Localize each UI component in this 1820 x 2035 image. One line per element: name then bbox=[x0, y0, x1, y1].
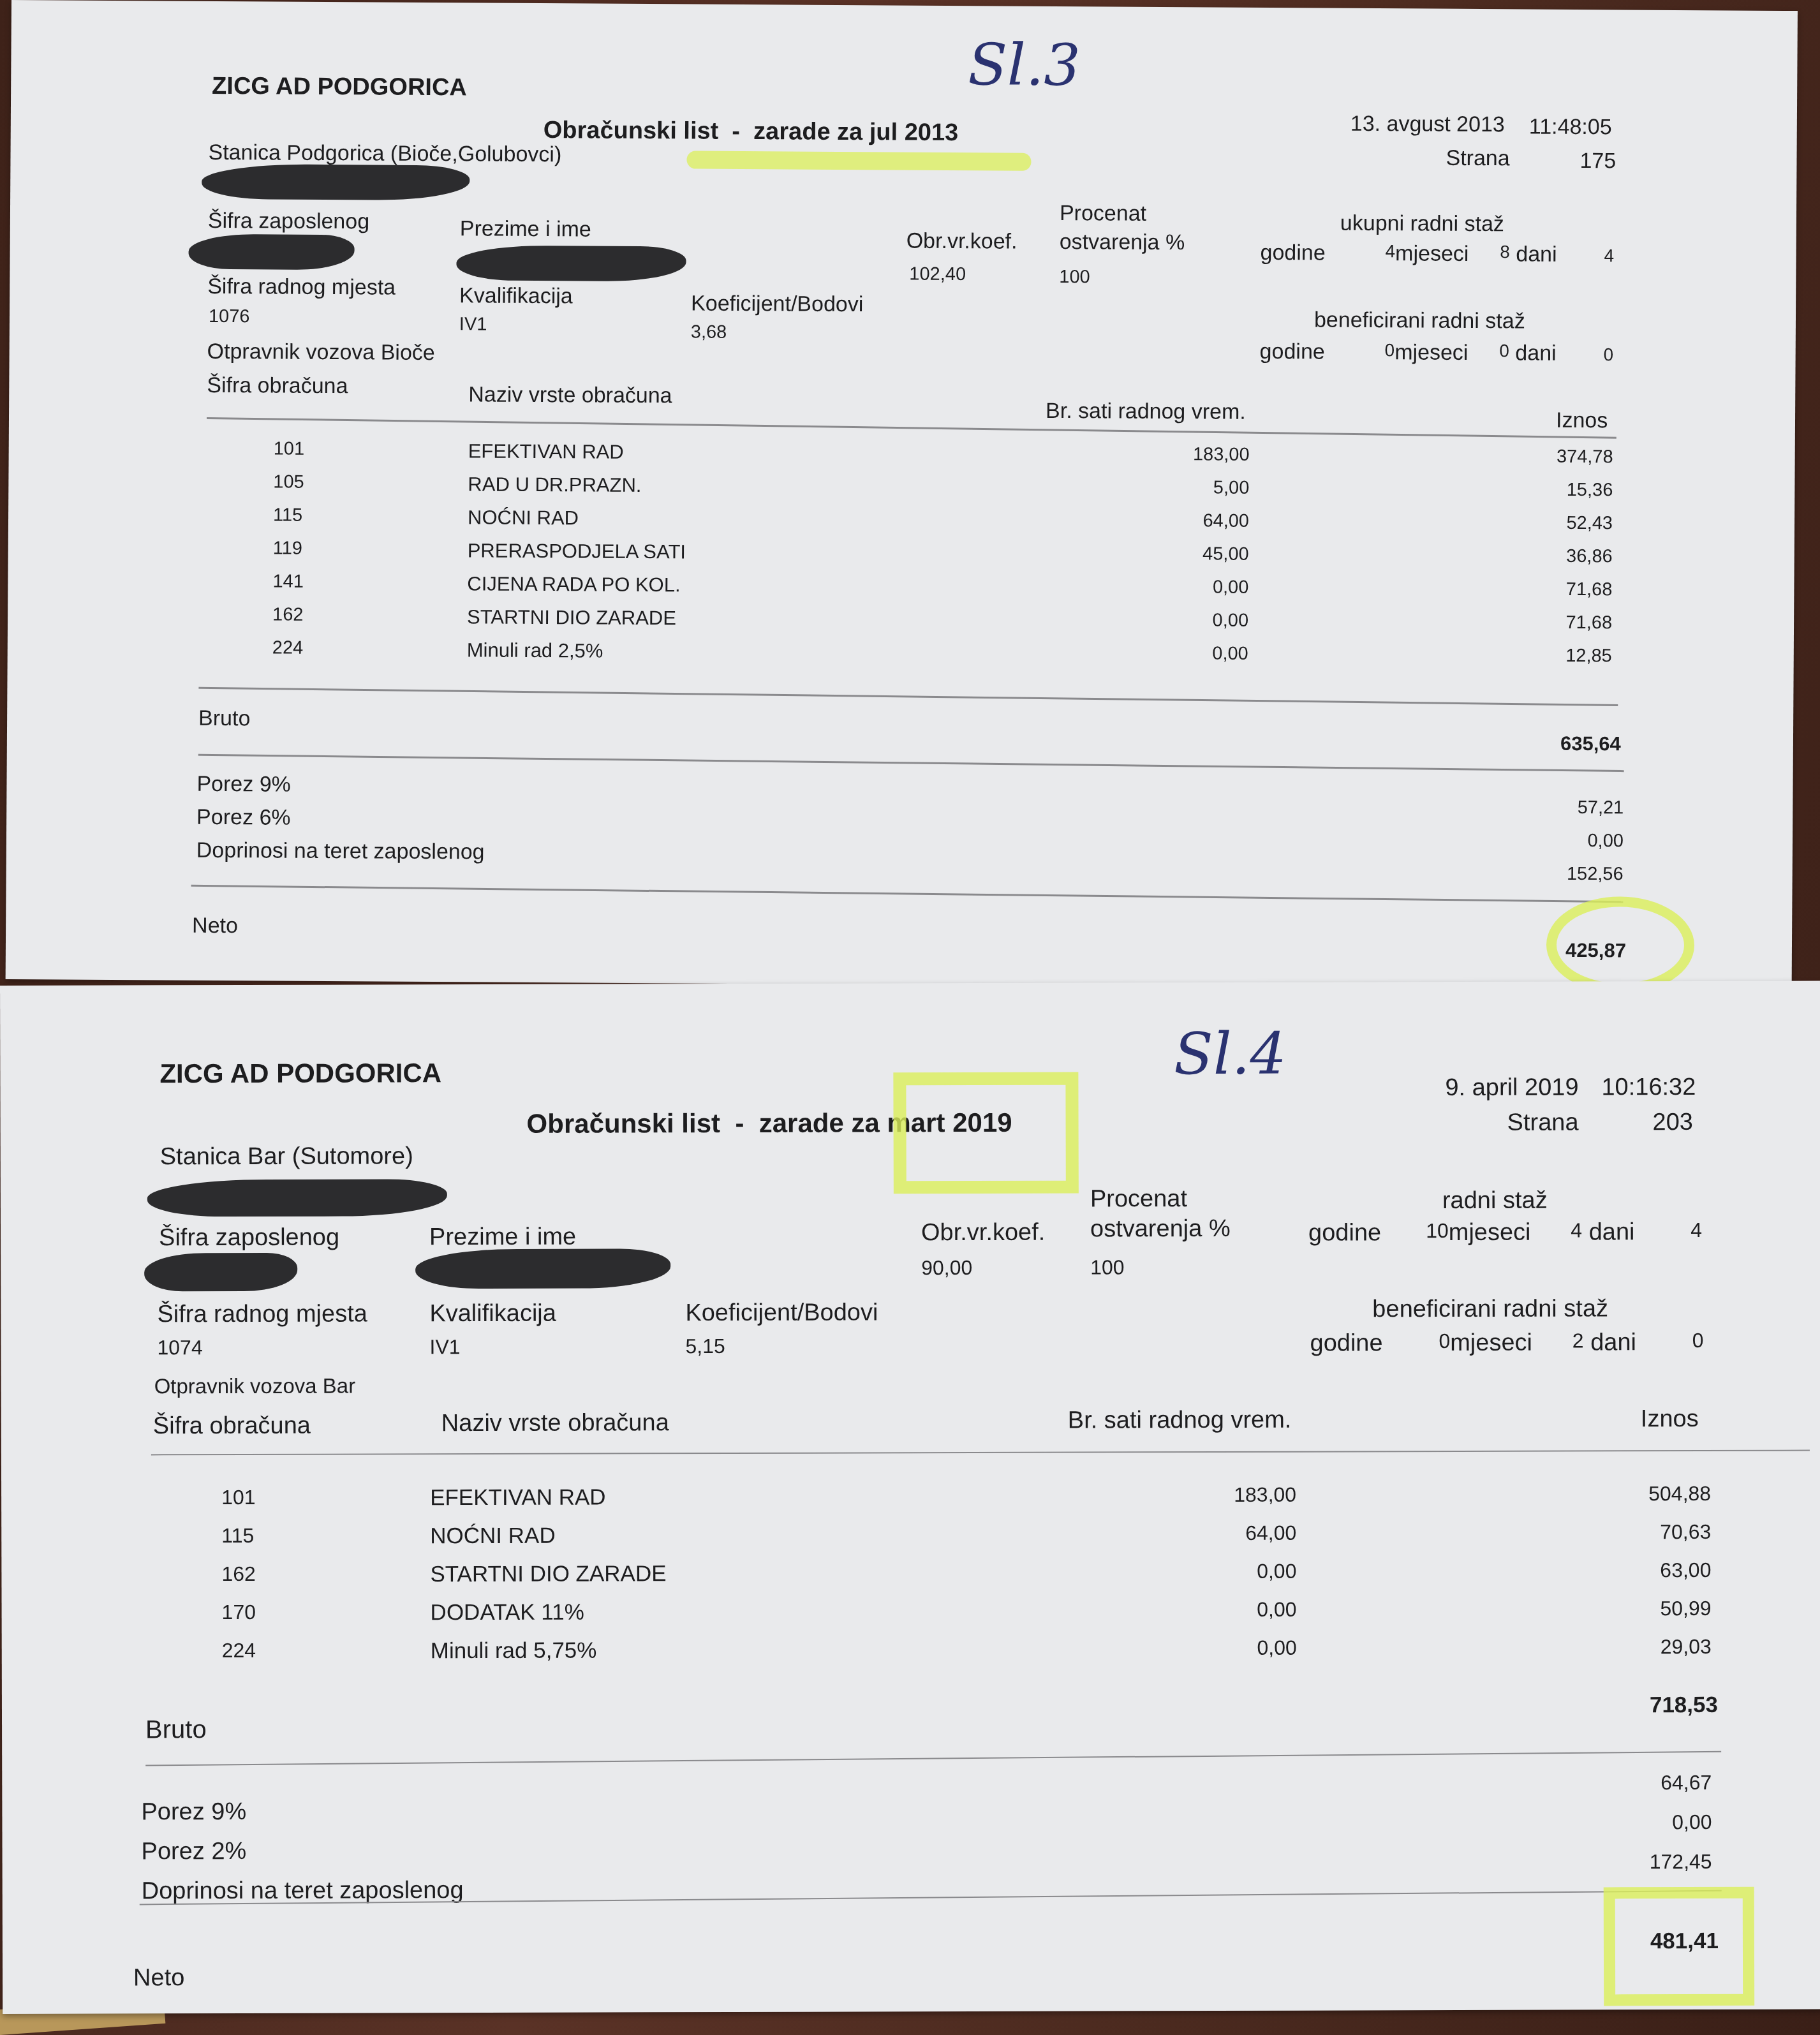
deduction-amount: 172,45 bbox=[1585, 1850, 1712, 1874]
coefficient-label: Koeficijent/Bodovi bbox=[691, 292, 864, 318]
col-header-name: Naziv vrste obračuna bbox=[468, 382, 672, 408]
divider bbox=[198, 687, 1618, 706]
redacted-employee-code bbox=[188, 234, 354, 270]
document-title: Obračunski list - zarade za jul 2013 bbox=[544, 117, 959, 147]
page-label: Strana bbox=[1446, 146, 1509, 172]
row-code: 105 bbox=[273, 472, 304, 493]
employee-code-label: Šifra zaposlenog bbox=[159, 1224, 339, 1252]
seniority-years: 10 bbox=[1388, 1219, 1449, 1243]
deduction-amount: 0,00 bbox=[1584, 1810, 1712, 1835]
deduction-amount: 0,00 bbox=[1496, 830, 1624, 852]
workplace-code: 1076 bbox=[209, 306, 250, 327]
workplace-code-label: Šifra radnog mjesta bbox=[157, 1300, 367, 1328]
col-header-code: Šifra obračuna bbox=[207, 373, 348, 399]
deduction-label: Porez 6% bbox=[196, 805, 291, 831]
bruto-label: Bruto bbox=[145, 1715, 207, 1744]
row-amount: 52,43 bbox=[1485, 512, 1613, 534]
col-header-name: Naziv vrste obračuna bbox=[441, 1409, 669, 1437]
deduction-label: Doprinosi na teret zaposlenog bbox=[196, 838, 485, 865]
row-hours: 183,00 bbox=[1169, 1483, 1296, 1507]
row-hours: 0,00 bbox=[1169, 1636, 1297, 1661]
row-code: 162 bbox=[221, 1562, 255, 1586]
deduction-amount: 57,21 bbox=[1496, 797, 1624, 818]
row-hours: 0,00 bbox=[1121, 577, 1248, 598]
benefit-seniority-row: godine 0mjeseci 2 dani 0 bbox=[1310, 1329, 1703, 1358]
col-header-amount: Iznos bbox=[1641, 1405, 1699, 1433]
company-name: ZICG AD PODGORICA bbox=[159, 1058, 441, 1089]
benefit-days: 0 bbox=[1562, 344, 1613, 365]
benefit-years: 0 bbox=[1331, 340, 1395, 361]
seniority-months: 4 bbox=[1537, 1219, 1582, 1243]
row-code: 224 bbox=[272, 638, 304, 659]
row-hours: 45,00 bbox=[1121, 544, 1249, 565]
company-name: ZICG AD PODGORICA bbox=[212, 73, 467, 101]
deduction-amount: 152,56 bbox=[1496, 863, 1624, 885]
row-amount: 36,86 bbox=[1485, 545, 1613, 567]
ostvarenja-label: ostvarenja % bbox=[1090, 1215, 1231, 1243]
row-name: NOĆNI RAD bbox=[468, 506, 579, 529]
station-name: Stanica Podgorica (Bioče,Golubovci) bbox=[208, 140, 561, 167]
period: jul 2013 bbox=[869, 119, 959, 146]
row-code: 101 bbox=[221, 1486, 255, 1509]
procenat-label: Procenat bbox=[1060, 201, 1146, 226]
page-number: 175 bbox=[1580, 149, 1616, 174]
qualification-value: IV1 bbox=[459, 314, 487, 335]
deduction-label: Porez 9% bbox=[196, 772, 291, 797]
page-number: 203 bbox=[1653, 1109, 1694, 1136]
row-amount: 374,78 bbox=[1486, 446, 1613, 468]
obr-vr-koef-value: 102,40 bbox=[909, 264, 966, 286]
highlighter-box bbox=[1604, 1887, 1754, 2006]
qualification-label: Kvalifikacija bbox=[459, 283, 573, 309]
redacted-name bbox=[456, 245, 686, 281]
workplace-code-label: Šifra radnog mjesta bbox=[207, 274, 396, 300]
benefit-years: 0 bbox=[1389, 1329, 1450, 1353]
row-name: PRERASPODJELA SATI bbox=[468, 539, 686, 563]
page-label: Strana bbox=[1507, 1109, 1579, 1137]
deduction-label: Porez 2% bbox=[141, 1838, 246, 1865]
row-name: Minuli rad 5,75% bbox=[431, 1638, 597, 1664]
benefit-seniority-title: beneficirani radni staž bbox=[1314, 307, 1525, 334]
benefit-seniority-title: beneficirani radni staž bbox=[1372, 1295, 1608, 1323]
procenat-value: 100 bbox=[1090, 1255, 1124, 1279]
row-hours: 5,00 bbox=[1121, 477, 1249, 499]
procenat-label: Procenat bbox=[1090, 1185, 1187, 1213]
seniority-years: 4 bbox=[1331, 241, 1395, 262]
redacted-name bbox=[415, 1248, 670, 1289]
print-time: 11:48:05 bbox=[1529, 115, 1612, 140]
benefit-months: 2 bbox=[1539, 1329, 1583, 1353]
row-name: CIJENA RADA PO KOL. bbox=[467, 572, 680, 596]
row-name: STARTNI DIO ZARADE bbox=[467, 605, 676, 630]
payslip-sheet-mart-2019: Sl.4 ZICG AD PODGORICA Obračunski list -… bbox=[0, 981, 1820, 2014]
redacted-block bbox=[147, 1179, 447, 1217]
row-name: NOĆNI RAD bbox=[430, 1523, 556, 1550]
obr-vr-koef-label: Obr.vr.koef. bbox=[906, 229, 1017, 255]
seniority-title: ukupni radni staž bbox=[1340, 211, 1504, 237]
row-amount: 29,03 bbox=[1584, 1635, 1712, 1659]
row-amount: 15,36 bbox=[1485, 479, 1613, 501]
bruto-value: 718,53 bbox=[1558, 1692, 1718, 1719]
obr-vr-koef-label: Obr.vr.koef. bbox=[921, 1219, 1045, 1247]
neto-label: Neto bbox=[133, 1964, 184, 1992]
coefficient-value: 3,68 bbox=[691, 322, 727, 343]
bruto-label: Bruto bbox=[198, 706, 251, 731]
row-amount: 70,63 bbox=[1583, 1520, 1711, 1544]
coefficient-label: Koeficijent/Bodovi bbox=[685, 1299, 878, 1327]
col-header-hours: Br. sati radnog vrem. bbox=[1046, 399, 1246, 425]
divider bbox=[145, 1751, 1721, 1766]
seniority-days: 4 bbox=[1641, 1218, 1702, 1242]
row-code: 101 bbox=[274, 439, 305, 460]
redacted-employee-code bbox=[144, 1253, 297, 1292]
row-amount: 63,00 bbox=[1583, 1558, 1711, 1583]
payslip-sheet-jul-2013: Sl.3 ZICG AD PODGORICA Obračunski list -… bbox=[6, 0, 1798, 990]
row-code: 170 bbox=[222, 1601, 256, 1624]
col-header-code: Šifra obračuna bbox=[153, 1412, 311, 1440]
row-hours: 0,00 bbox=[1121, 610, 1248, 632]
row-amount: 12,85 bbox=[1484, 645, 1612, 667]
print-time: 10:16:32 bbox=[1601, 1074, 1696, 1101]
divider bbox=[207, 417, 1617, 439]
row-name: STARTNI DIO ZARADE bbox=[430, 1561, 666, 1587]
row-hours: 183,00 bbox=[1122, 444, 1250, 466]
row-name: DODATAK 11% bbox=[431, 1600, 584, 1626]
benefit-seniority-row: godine 0mjeseci 0 dani 0 bbox=[1260, 339, 1614, 366]
benefit-months: 0 bbox=[1474, 341, 1509, 361]
seniority-days: 4 bbox=[1563, 246, 1614, 266]
neto-label: Neto bbox=[192, 914, 238, 938]
qualification-value: IV1 bbox=[429, 1335, 460, 1359]
job-title: Otpravnik vozova Bioče bbox=[207, 339, 435, 366]
row-hours: 0,00 bbox=[1121, 643, 1248, 665]
obr-vr-koef-value: 90,00 bbox=[921, 1256, 972, 1280]
station-name: Stanica Bar (Sutomore) bbox=[160, 1143, 413, 1171]
bruto-value: 635,64 bbox=[1474, 732, 1621, 755]
row-code: 115 bbox=[221, 1524, 254, 1548]
benefit-days: 0 bbox=[1643, 1329, 1703, 1352]
seniority-row: godine 4mjeseci 8 dani 4 bbox=[1260, 241, 1614, 267]
row-amount: 50,99 bbox=[1584, 1597, 1712, 1621]
row-name: EFEKTIVAN RAD bbox=[468, 440, 624, 463]
deduction-label: Porez 9% bbox=[141, 1798, 246, 1826]
ostvarenja-label: ostvarenja % bbox=[1060, 230, 1185, 255]
handwritten-label: Sl.3 bbox=[968, 31, 1081, 99]
divider bbox=[191, 885, 1624, 903]
redacted-block bbox=[202, 164, 470, 201]
seniority-row: godine 10mjeseci 4 dani 4 bbox=[1308, 1218, 1702, 1247]
qualification-label: Kvalifikacija bbox=[429, 1300, 556, 1328]
row-code: 115 bbox=[273, 505, 302, 526]
row-amount: 504,88 bbox=[1583, 1482, 1711, 1506]
col-header-hours: Br. sati radnog vrem. bbox=[1068, 1407, 1292, 1435]
row-hours: 64,00 bbox=[1121, 510, 1249, 532]
row-code: 162 bbox=[272, 605, 304, 626]
employee-code-label: Šifra zaposlenog bbox=[208, 209, 370, 235]
print-date: 9. april 2019 bbox=[1445, 1074, 1578, 1102]
row-code: 141 bbox=[272, 572, 304, 593]
row-name: RAD U DR.PRAZN. bbox=[468, 473, 641, 497]
seniority-months: 8 bbox=[1475, 242, 1510, 262]
row-hours: 0,00 bbox=[1169, 1598, 1297, 1622]
coefficient-value: 5,15 bbox=[685, 1335, 725, 1358]
print-date: 13. avgust 2013 bbox=[1350, 112, 1505, 137]
row-name: Minuli rad 2,5% bbox=[467, 639, 603, 662]
name-label: Prezime i ime bbox=[429, 1224, 576, 1252]
row-hours: 0,00 bbox=[1169, 1560, 1296, 1584]
row-name: EFEKTIVAN RAD bbox=[430, 1485, 606, 1511]
highlighter-box bbox=[893, 1072, 1078, 1194]
divider bbox=[151, 1450, 1810, 1456]
row-amount: 71,68 bbox=[1484, 612, 1612, 633]
name-label: Prezime i ime bbox=[460, 216, 591, 242]
row-code: 119 bbox=[273, 538, 302, 559]
handwritten-label: Sl.4 bbox=[1174, 1021, 1287, 1088]
row-code: 224 bbox=[222, 1639, 256, 1662]
job-title: Otpravnik vozova Bar bbox=[154, 1374, 356, 1399]
highlighter-circle bbox=[1546, 896, 1695, 994]
row-hours: 64,00 bbox=[1169, 1521, 1296, 1546]
col-header-amount: Iznos bbox=[1556, 408, 1608, 433]
highlighter-underline bbox=[686, 151, 1031, 170]
row-amount: 71,68 bbox=[1484, 579, 1612, 600]
seniority-title: radni staž bbox=[1442, 1187, 1548, 1215]
deduction-amount: 64,67 bbox=[1584, 1771, 1712, 1795]
workplace-code: 1074 bbox=[157, 1336, 202, 1359]
procenat-value: 100 bbox=[1059, 267, 1090, 288]
divider bbox=[198, 754, 1624, 772]
